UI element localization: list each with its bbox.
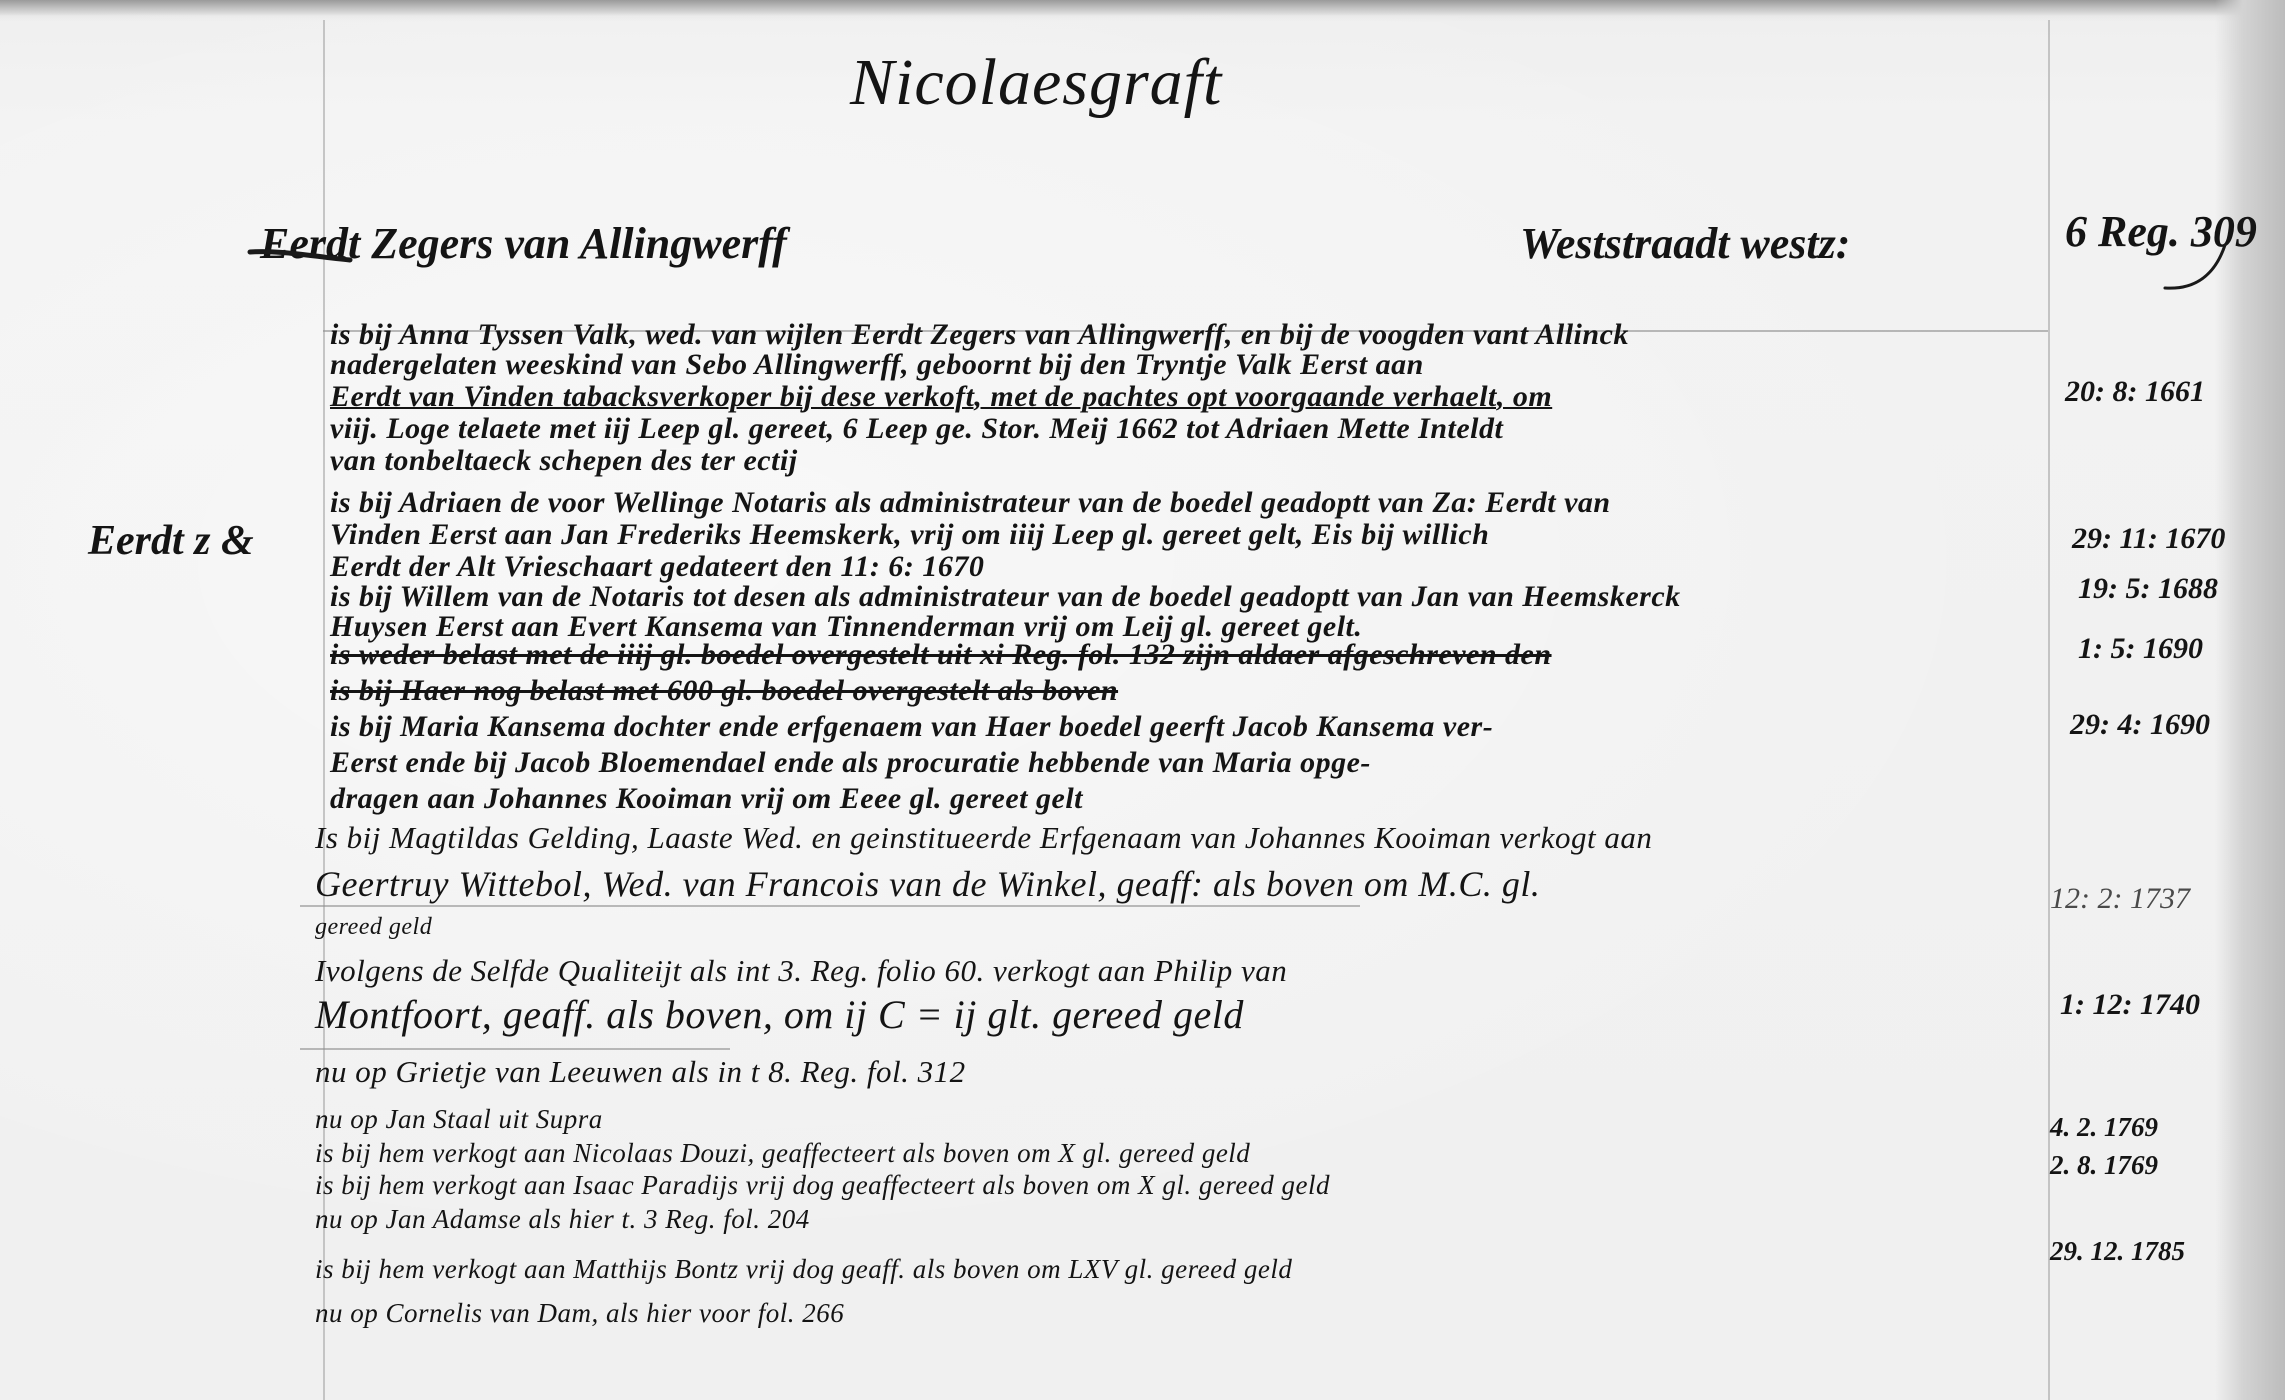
entry-line: is bij hem verkogt aan Matthijs Bontz vr…: [315, 1256, 1292, 1283]
entry-line: nu op Cornelis van Dam, als hier voor fo…: [315, 1300, 844, 1327]
entry-date: 1: 5: 1690: [2078, 632, 2203, 666]
entry-line: is bij Willem van de Notaris tot desen a…: [330, 582, 1681, 612]
page-title: Nicolaesgraft: [850, 50, 1222, 116]
entry-line: Eerdt van Vinden tabacksverkoper bij des…: [330, 382, 1552, 412]
entry-line: nu op Grietje van Leeuwen als in t 8. Re…: [315, 1056, 966, 1087]
entry-date: 4. 2. 1769: [2050, 1112, 2158, 1143]
entry-line: is bij Anna Tyssen Valk, wed. van wijlen…: [330, 320, 1629, 350]
entry-line: Eerdt der Alt Vrieschaart gedateert den …: [330, 552, 984, 582]
header-flourish-icon: [240, 240, 360, 270]
entry-line: nu op Jan Staal uit Supra: [315, 1106, 603, 1133]
entry-line: Vinden Eerst aan Jan Frederiks Heemskerk…: [330, 520, 1489, 550]
entry-line: is bij Haer nog belast met 600 gl. boede…: [330, 676, 1118, 706]
entry-date: 19: 5: 1688: [2078, 572, 2218, 606]
entry-line: nu op Jan Adamse als hier t. 3 Reg. fol.…: [315, 1206, 810, 1233]
entry-line: nadergelaten weeskind van Sebo Allingwer…: [330, 350, 1424, 380]
entry-date: 29: 4: 1690: [2070, 708, 2210, 742]
entry-line: Montfoort, geaff. als boven, om ij C = i…: [315, 995, 1244, 1035]
entry-line: Is bij Magtildas Gelding, Laaste Wed. en…: [315, 822, 1652, 853]
entry-line: Eerst ende bij Jacob Bloemendael ende al…: [330, 748, 1371, 778]
page-top-edge: [0, 0, 2285, 16]
entry-line: is bij Maria Kansema dochter ende erfgen…: [330, 712, 1493, 742]
entry-date: 12: 2: 1737: [2050, 882, 2190, 916]
header-street: Weststraadt westz:: [1520, 222, 1850, 266]
entry-underline: [300, 1048, 730, 1050]
entry-line: is weder belast met de iiij gl. boedel o…: [330, 640, 1552, 670]
ledger-page: Nicolaesgraft Eerdt Zegers van Allingwer…: [0, 0, 2285, 1400]
entry-line: Ivolgens de Selfde Qualiteijt als int 3.…: [315, 955, 1287, 986]
entry-line: van tonbeltaeck schepen des ter ectij: [330, 446, 798, 476]
register-flourish-icon: [2155, 240, 2235, 300]
entry-line: Geertruy Wittebol, Wed. van Francois van…: [315, 866, 1540, 902]
entry-date: 29: 11: 1670: [2072, 522, 2225, 556]
entry-date: 20: 8: 1661: [2065, 375, 2205, 409]
entry-line: gereed geld: [315, 915, 432, 939]
entry-date: 2. 8. 1769: [2050, 1150, 2158, 1181]
entry-line: is bij hem verkogt aan Isaac Paradijs vr…: [315, 1172, 1330, 1199]
entry-underline: [300, 905, 1360, 907]
entry-line: dragen aan Johannes Kooiman vrij om Eeee…: [330, 784, 1083, 814]
entry-line: viij. Loge telaete met iij Leep gl. gere…: [330, 414, 1503, 444]
entry-line: is bij hem verkogt aan Nicolaas Douzi, g…: [315, 1140, 1250, 1167]
date-column-rule: [2048, 20, 2050, 1400]
margin-note: Eerdt z &: [88, 520, 254, 562]
entry-date: 29. 12. 1785: [2050, 1236, 2185, 1267]
entry-date: 1: 12: 1740: [2060, 988, 2200, 1022]
entry-line: is bij Adriaen de voor Wellinge Notaris …: [330, 488, 1611, 518]
